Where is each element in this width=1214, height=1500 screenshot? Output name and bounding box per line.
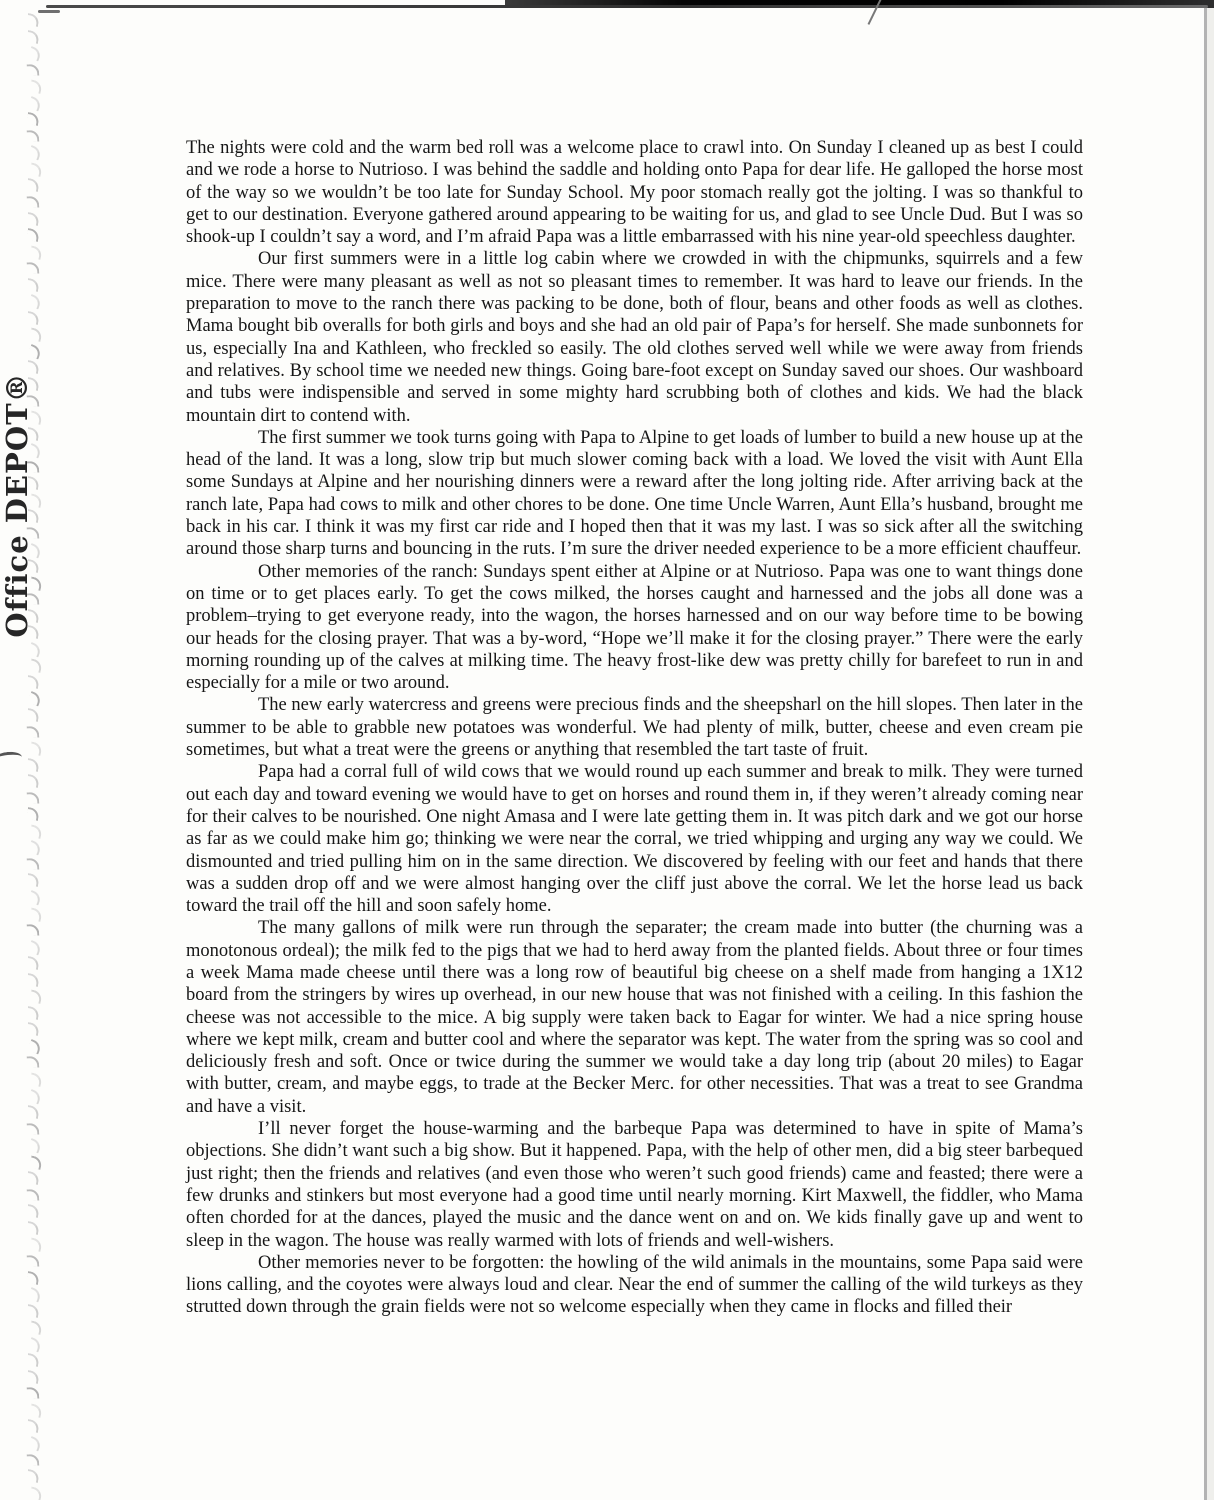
- perforation-mark: [27, 96, 43, 112]
- perforation-mark: [26, 1469, 40, 1483]
- perforation-mark: [26, 708, 40, 722]
- paragraph-8: I’ll never forget the house-warming and …: [186, 1118, 1083, 1252]
- perforation-mark: [27, 1453, 40, 1466]
- paragraph-1: The nights were cold and the warm bed ro…: [186, 137, 1083, 248]
- perforation-mark: [27, 940, 43, 956]
- perforation-mark: [27, 1387, 40, 1400]
- perforation-mark: [26, 1420, 40, 1434]
- perforation-mark: [26, 228, 40, 242]
- perforation-mark: [29, 328, 44, 343]
- perforation-mark: [27, 1436, 43, 1452]
- perforation-mark: [29, 245, 44, 260]
- perforation-mark: [26, 1022, 40, 1036]
- paragraph-9: Other memories never to be forgotten: th…: [186, 1252, 1083, 1319]
- paragraph-3: The first summer we took turns going wit…: [186, 427, 1083, 561]
- perforation-mark: [29, 80, 44, 95]
- perforation-mark: [27, 840, 43, 856]
- perforation-mark: [27, 294, 43, 310]
- perforation-mark: [27, 129, 40, 142]
- perforation-mark: [29, 1072, 44, 1087]
- perforation-mark: [26, 1204, 40, 1218]
- page-right-edge-line: [1204, 8, 1207, 1500]
- perforation-mark: [29, 1403, 44, 1418]
- scan-top-edge-line: [46, 5, 1208, 8]
- perforation-mark: [27, 924, 40, 937]
- paragraph-5: The new early watercress and greens were…: [186, 694, 1083, 761]
- perforation-mark: [27, 262, 40, 275]
- perforation-mark: [27, 1188, 40, 1201]
- perforation-mark: [26, 1006, 40, 1020]
- perforation-mark: [26, 1304, 40, 1318]
- scanned-page: Office DEPOT® The nights were cold and t…: [0, 0, 1214, 1500]
- perforation-mark: [29, 1238, 44, 1253]
- perforation-mark: [29, 990, 44, 1005]
- perforation-mark: [29, 659, 44, 674]
- perforation-mark: [29, 162, 44, 177]
- office-depot-watermark: Office DEPOT®: [0, 360, 34, 650]
- perforation-mark: [27, 1138, 43, 1154]
- perforation-mark: [26, 112, 40, 126]
- scan-artifact-curve: [0, 751, 23, 767]
- perforation-mark: [27, 890, 43, 906]
- perforation-mark: [26, 1105, 40, 1119]
- perforation-mark: [27, 1337, 43, 1353]
- scan-right-margin: [1207, 8, 1214, 1500]
- paragraph-6: Papa had a corral full of wild cows that…: [186, 761, 1083, 917]
- perforation-mark: [27, 196, 40, 209]
- perforation-mark: [27, 1039, 43, 1055]
- perforation-mark: [27, 1255, 40, 1268]
- perforation-mark: [29, 824, 44, 839]
- perforation-mark: [27, 46, 43, 62]
- perforation-mark: [27, 1088, 43, 1104]
- paragraph-7: The many gallons of milk were run throug…: [186, 917, 1083, 1118]
- perforation-mark: [27, 691, 43, 707]
- perforation-mark: [27, 725, 40, 738]
- spiral-perforation-edge: [27, 14, 51, 1500]
- perforation-mark: [29, 1486, 44, 1500]
- perforation-mark: [29, 1321, 44, 1336]
- perforation-mark: [26, 973, 40, 987]
- perforation-mark: [26, 13, 40, 27]
- memoir-text-column: The nights were cold and the warm bed ro…: [186, 137, 1083, 1319]
- perforation-mark: [27, 1122, 40, 1135]
- perforation-mark: [26, 30, 40, 44]
- perforation-mark: [26, 311, 40, 325]
- perforation-mark: [27, 857, 40, 870]
- perforation-mark: [26, 212, 40, 226]
- perforation-mark: [26, 675, 40, 689]
- paragraph-4: Other memories of the ranch: Sundays spe…: [186, 561, 1083, 695]
- perforation-mark: [26, 1370, 40, 1384]
- perforation-mark: [26, 1221, 40, 1235]
- perforation-mark: [26, 179, 40, 193]
- perforation-mark: [27, 1287, 43, 1303]
- perforation-mark: [27, 145, 43, 161]
- perforation-mark: [26, 278, 40, 292]
- perforation-mark: [26, 956, 40, 970]
- perforation-mark: [26, 873, 40, 887]
- perforation-mark: [26, 1171, 40, 1185]
- paragraph-2: Our first summers were in a little log c…: [186, 248, 1083, 426]
- perforation-mark: [29, 907, 44, 922]
- perforation-mark: [26, 758, 40, 772]
- perforation-mark: [27, 63, 40, 76]
- perforation-mark: [26, 774, 40, 788]
- perforation-mark: [26, 1271, 40, 1285]
- scan-artifact-dash: [38, 10, 60, 13]
- perforation-mark: [27, 344, 43, 360]
- perforation-mark: [29, 1155, 44, 1170]
- perforation-mark: [27, 1056, 40, 1069]
- perforation-mark: [26, 1353, 40, 1367]
- perforation-mark: [29, 742, 44, 757]
- perforation-mark: [26, 807, 40, 821]
- perforation-mark: [27, 791, 40, 804]
